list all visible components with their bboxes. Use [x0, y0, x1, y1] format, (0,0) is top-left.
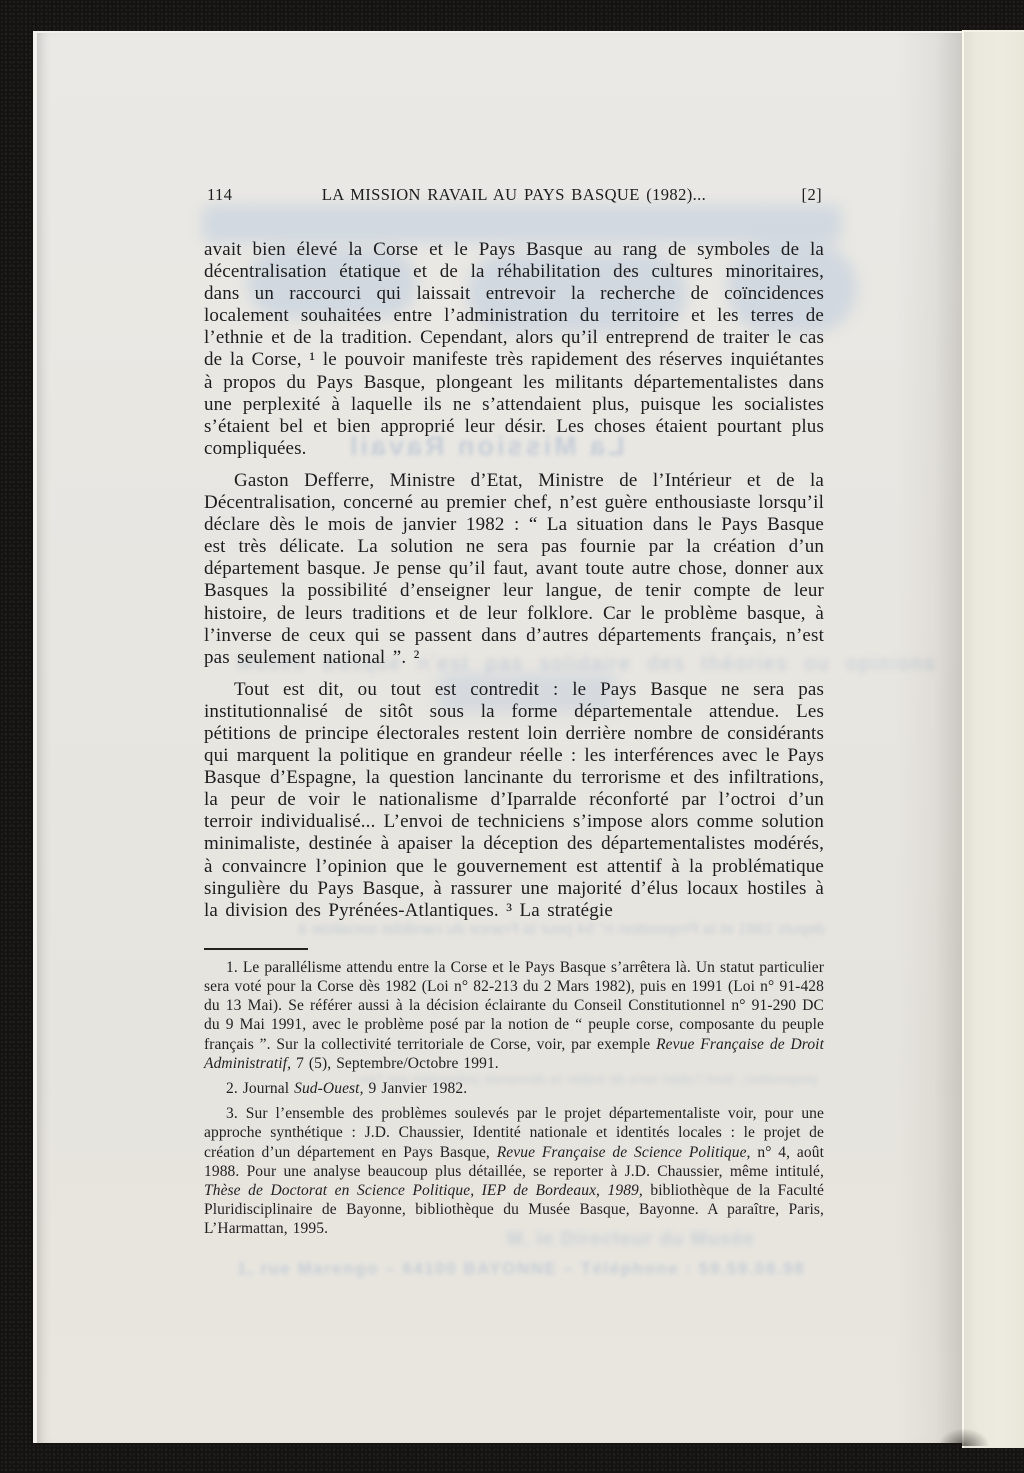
- footnote-italic-title: Revue Française de Science Politique,: [497, 1144, 751, 1161]
- body-paragraphs: avait bien élevé la Corse et le Pays Bas…: [204, 239, 824, 922]
- footnote: 3. Sur l’ensemble des problèmes soulevés…: [204, 1104, 824, 1238]
- photographed-book-on-black-background: La Mission Ravail Musée Basque n’est pas…: [0, 0, 1024, 1473]
- paragraph: avait bien élevé la Corse et le Pays Bas…: [204, 239, 824, 460]
- running-header: 114 LA MISSION RAVAIL AU PAYS BASQUE (19…: [204, 185, 824, 207]
- book-page: La Mission Ravail Musée Basque n’est pas…: [33, 31, 966, 1443]
- printed-text-block: 114 LA MISSION RAVAIL AU PAYS BASQUE (19…: [204, 185, 824, 1245]
- footnote-italic-title: Sud-Ouest,: [294, 1080, 363, 1097]
- page-number: 114: [207, 185, 232, 205]
- footnotes: 1. Le parallélisme attendu entre la Cors…: [204, 958, 824, 1239]
- footnote-italic-title: Thèse de Doctorat en Science Politique, …: [204, 1182, 643, 1199]
- gutter-shadow: [896, 33, 966, 1443]
- adjacent-page-edge: [962, 30, 1024, 1448]
- footnote-text: 7 (5), Septembre/Octobre 1991.: [291, 1055, 499, 1072]
- footnote: 1. Le parallélisme attendu entre la Cors…: [204, 958, 824, 1073]
- footnote: 2. Journal Sud-Ouest, 9 Janvier 1982.: [204, 1079, 824, 1098]
- footnote-separator-rule: [204, 948, 308, 950]
- running-title: LA MISSION RAVAIL AU PAYS BASQUE (1982).…: [322, 185, 706, 205]
- footnote-text: 9 Janvier 1982.: [364, 1080, 468, 1097]
- showthrough-text: 1, rue Marengo – 64100 BAYONNE – Télépho…: [237, 1259, 805, 1279]
- footnote-text: 2. Journal: [226, 1080, 294, 1097]
- folio-mark: [2]: [802, 185, 822, 205]
- paragraph: Gaston Defferre, Ministre d’Etat, Minist…: [204, 470, 824, 669]
- paragraph: Tout est dit, ou tout est contredit : le…: [204, 679, 824, 922]
